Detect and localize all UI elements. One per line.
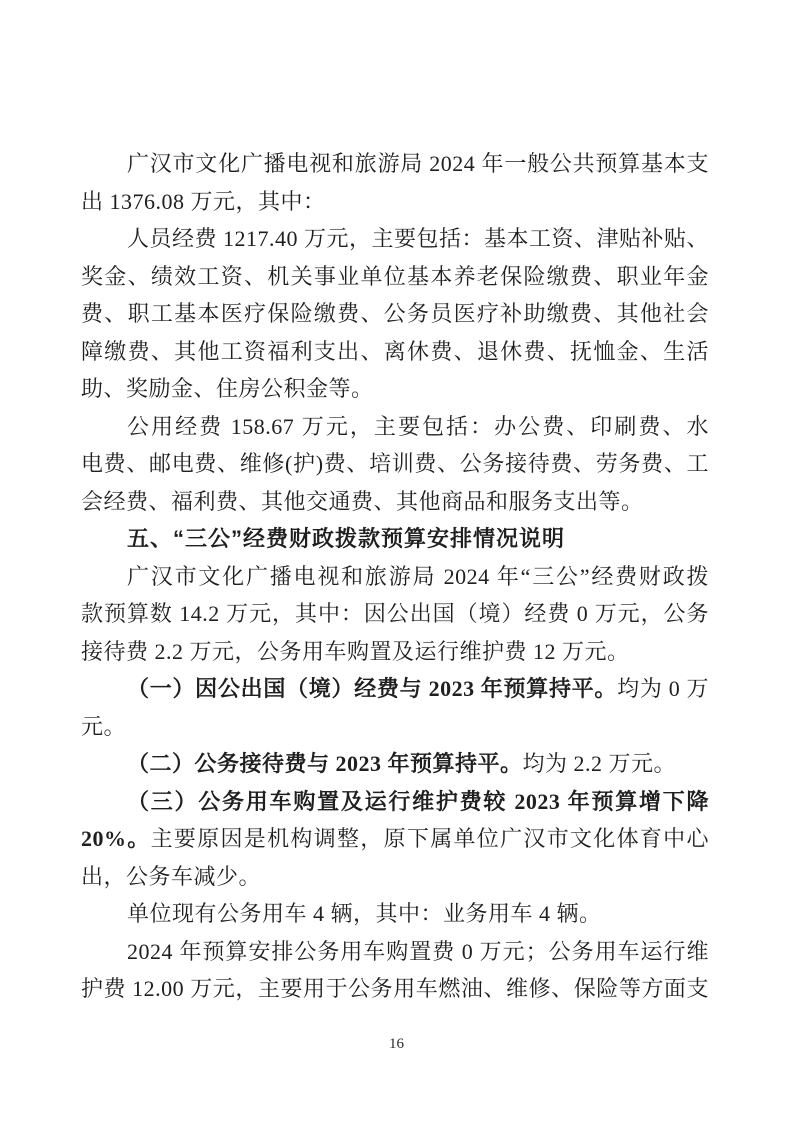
page-number: 16 [0,1036,793,1053]
text-line: 元。 [81,708,709,746]
text-segment: 款预算数 14.2 万元，其中：因公出国（境）经费 0 万元，公务 [81,601,709,626]
document-page: 广汉市文化广播电视和旅游局 2024 年一般公共预算基本支出 1376.08 万… [0,0,793,1122]
text-segment: 均为 0 万 [617,676,709,701]
text-line: 助、奖励金、住房公积金等。 [81,370,709,408]
text-segment: 广汉市文化广播电视和旅游局 2024 年一般公共预算基本支 [127,151,709,176]
text-segment: 元。 [81,714,126,739]
text-line: 款预算数 14.2 万元，其中：因公出国（境）经费 0 万元，公务 [81,595,709,633]
text-segment: 主要原因是机构调整，原下属单位广汉市文化体育中心划 [81,826,709,858]
text-line: （三）公务用车购置及运行维护费较 2023 年预算增下降 [81,783,709,821]
text-segment: 奖金、绩效工资、机关事业单位基本养老保险缴费、职业年金缴 [81,264,709,296]
paragraph-public-expense: 公用经费 158.67 万元，主要包括：办公费、印刷费、水费、电费、邮电费、维修… [81,408,709,521]
text-line: （一）因公出国（境）经费与 2023 年预算持平。均为 0 万 [81,670,709,708]
text-line: 会经费、福利费、其他交通费、其他商品和服务支出等。 [81,483,709,521]
text-segment: （一）因公出国（境）经费与 2023 年预算持平。 [127,676,617,701]
text-line: 2024 年预算安排公务用车购置费 0 万元；公务用车运行维 [81,933,709,971]
text-segment: 出 1376.08 万元，其中： [81,189,326,214]
paragraph-basic-budget-intro: 广汉市文化广播电视和旅游局 2024 年一般公共预算基本支出 1376.08 万… [81,145,709,220]
text-segment: 电费、邮电费、维修(护)费、培训费、公务接待费、劳务费、工 [81,451,709,476]
text-segment: 费、职工基本医疗保险缴费、公务员医疗补助缴费、其他社会保 [81,301,709,333]
text-line: 五、“三公”经费财政拨款预算安排情况说明 [81,520,709,558]
text-segment: 障缴费、其他工资福利支出、离休费、退休费、抚恤金、生活补 [81,339,709,371]
text-line: 人员经费 1217.40 万元，主要包括：基本工资、津贴补贴、 [81,220,709,258]
document-body: 广汉市文化广播电视和旅游局 2024 年一般公共预算基本支出 1376.08 万… [81,145,709,1008]
paragraph-item-three-vehicle-expense: （三）公务用车购置及运行维护费较 2023 年预算增下降20%。主要原因是机构调… [81,783,709,896]
text-segment: 20%。 [81,826,151,851]
paragraph-section-five-heading: 五、“三公”经费财政拨款预算安排情况说明 [81,520,709,558]
text-segment: 均为 2.2 万元。 [523,751,677,776]
text-line: 障缴费、其他工资福利支出、离休费、退休费、抚恤金、生活补 [81,333,709,371]
paragraph-item-one-abroad-expense: （一）因公出国（境）经费与 2023 年预算持平。均为 0 万元。 [81,670,709,745]
text-line: 广汉市文化广播电视和旅游局 2024 年“三公”经费财政拨 [81,558,709,596]
text-segment: 人员经费 1217.40 万元，主要包括：基本工资、津贴补贴、 [127,226,709,251]
paragraph-three-public-intro: 广汉市文化广播电视和旅游局 2024 年“三公”经费财政拨款预算数 14.2 万… [81,558,709,671]
text-segment: 五、“三公”经费财政拨款预算安排情况说明 [127,526,565,551]
text-line: 奖金、绩效工资、机关事业单位基本养老保险缴费、职业年金缴 [81,258,709,296]
text-line: 接待费 2.2 万元，公务用车购置及运行维护费 12 万元。 [81,633,709,671]
text-line: 广汉市文化广播电视和旅游局 2024 年一般公共预算基本支 [81,145,709,183]
text-line: 20%。主要原因是机构调整，原下属单位广汉市文化体育中心划 [81,820,709,858]
text-segment: 公用经费 158.67 万元，主要包括：办公费、印刷费、水费、 [81,414,709,446]
text-segment: 出，公务车减少。 [81,864,261,889]
text-segment: 助、奖励金、住房公积金等。 [81,376,374,401]
text-line: 费、职工基本医疗保险缴费、公务员医疗补助缴费、其他社会保 [81,295,709,333]
paragraph-item-two-reception-expense: （二）公务接待费与 2023 年预算持平。均为 2.2 万元。 [81,745,709,783]
text-segment: 单位现有公务用车 4 辆，其中：业务用车 4 辆。 [127,901,602,926]
text-line: （二）公务接待费与 2023 年预算持平。均为 2.2 万元。 [81,745,709,783]
text-line: 电费、邮电费、维修(护)费、培训费、公务接待费、劳务费、工 [81,445,709,483]
text-segment: （二）公务接待费与 2023 年预算持平。 [127,751,523,776]
text-line: 出，公务车减少。 [81,858,709,896]
paragraph-personnel-expense: 人员经费 1217.40 万元，主要包括：基本工资、津贴补贴、奖金、绩效工资、机… [81,220,709,408]
paragraph-vehicle-count: 单位现有公务用车 4 辆，其中：业务用车 4 辆。 [81,895,709,933]
text-segment: 广汉市文化广播电视和旅游局 2024 年“三公”经费财政拨 [127,564,709,589]
text-line: 护费 12.00 万元，主要用于公务用车燃油、维修、保险等方面支 [81,970,709,1008]
text-segment: 接待费 2.2 万元，公务用车购置及运行维护费 12 万元。 [81,639,630,664]
text-line: 单位现有公务用车 4 辆，其中：业务用车 4 辆。 [81,895,709,933]
text-line: 出 1376.08 万元，其中： [81,183,709,221]
text-segment: 护费 12.00 万元，主要用于公务用车燃油、维修、保险等方面支 [81,976,709,1001]
text-segment: 会经费、福利费、其他交通费、其他商品和服务支出等。 [81,489,644,514]
text-line: 公用经费 158.67 万元，主要包括：办公费、印刷费、水费、 [81,408,709,446]
text-segment: 2024 年预算安排公务用车购置费 0 万元；公务用车运行维 [127,939,709,964]
paragraph-vehicle-budget-2024: 2024 年预算安排公务用车购置费 0 万元；公务用车运行维护费 12.00 万… [81,933,709,1008]
text-segment: （三）公务用车购置及运行维护费较 2023 年预算增下降 [127,789,709,814]
